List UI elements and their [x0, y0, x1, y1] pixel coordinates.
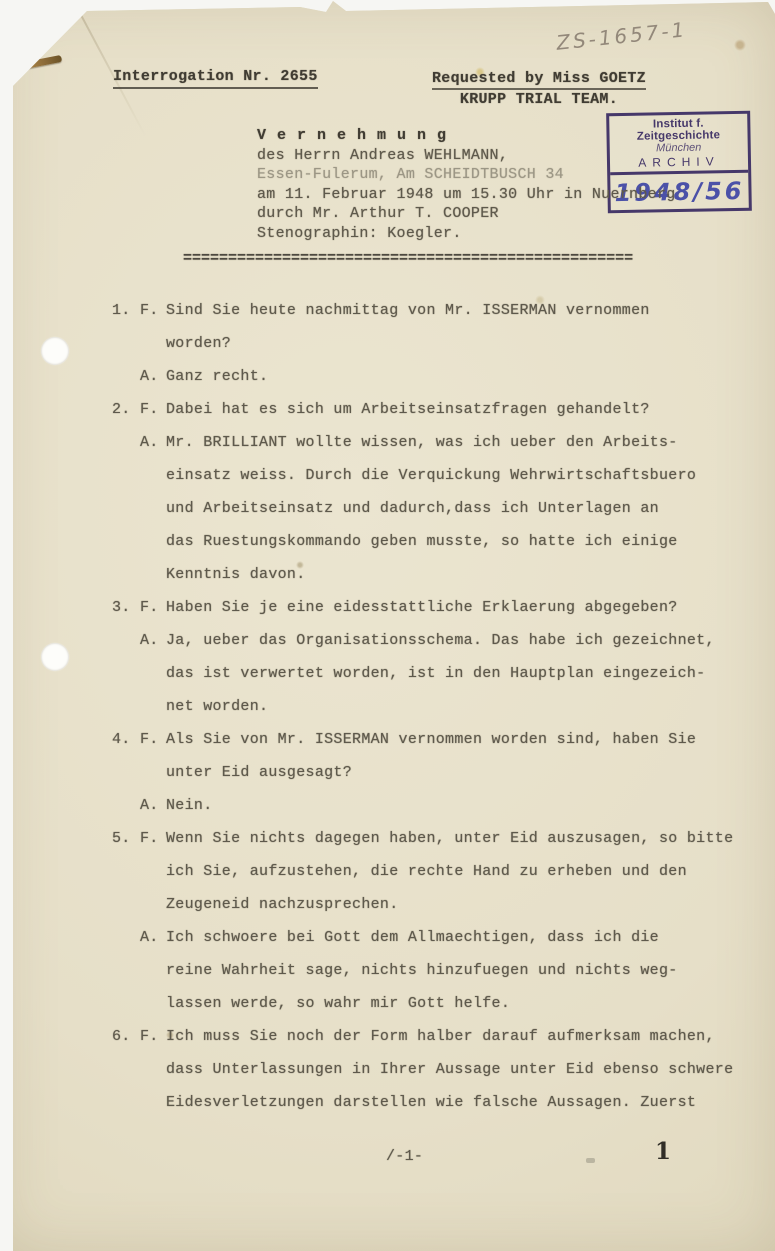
qa-number	[112, 426, 140, 459]
qa-number	[112, 954, 140, 987]
qa-line: Kenntnis davon.	[112, 558, 727, 591]
qa-speaker: A.	[140, 426, 166, 459]
qa-line: lassen werde, so wahr mir Gott helfe.	[112, 987, 727, 1020]
qa-speaker	[140, 888, 166, 921]
qa-speaker	[140, 756, 166, 789]
qa-number	[112, 624, 140, 657]
qa-text: Kenntnis davon.	[166, 558, 727, 591]
qa-text: Zeugeneid nachzusprechen.	[166, 888, 727, 921]
archive-pencil-note: ZS-1657-1	[555, 17, 688, 55]
paper-sheet: ZS-1657-1 Interrogation Nr. 2655 Request…	[0, 0, 775, 1251]
qa-line: net worden.	[112, 690, 727, 723]
qa-text: Ganz recht.	[166, 360, 727, 393]
qa-text: Ja, ueber das Organisationsschema. Das h…	[166, 624, 727, 657]
qa-speaker: A.	[140, 360, 166, 393]
qa-line: einsatz weiss. Durch die Verquickung Weh…	[112, 459, 727, 492]
qa-number	[112, 525, 140, 558]
qa-text: worden?	[166, 327, 727, 360]
qa-line: 6.F.Ich muss Sie noch der Form halber da…	[112, 1020, 727, 1053]
qa-number: 4.	[112, 723, 140, 756]
qa-text: das Ruestungskommando geben musste, so h…	[166, 525, 727, 558]
qa-number: 1.	[112, 294, 140, 327]
qa-speaker: F.	[140, 294, 166, 327]
scanned-page: ZS-1657-1 Interrogation Nr. 2655 Request…	[0, 0, 775, 1251]
qa-speaker	[140, 327, 166, 360]
qa-number	[112, 1086, 140, 1119]
qa-text: ich Sie, aufzustehen, die rechte Hand zu…	[166, 855, 727, 888]
qa-number	[112, 1053, 140, 1086]
deposition-date-line: am 11. Februar 1948 um 15.30 Uhr in Nuer…	[257, 185, 676, 205]
qa-line: ich Sie, aufzustehen, die rechte Hand zu…	[112, 855, 727, 888]
qa-speaker	[140, 525, 166, 558]
header-right-block: Requested by Miss GOETZ KRUPP TRIAL TEAM…	[432, 70, 646, 108]
qa-number	[112, 987, 140, 1020]
page-number: 1	[655, 1138, 671, 1165]
qa-line: A.Ich schwoere bei Gott dem Allmaechtige…	[112, 921, 727, 954]
qa-text: Nein.	[166, 789, 727, 822]
qa-line: das Ruestungskommando geben musste, so h…	[112, 525, 727, 558]
qa-number	[112, 855, 140, 888]
qa-speaker	[140, 657, 166, 690]
interrogation-number-title: Interrogation Nr. 2655	[113, 68, 318, 89]
qa-speaker	[140, 987, 166, 1020]
deposition-interrogator-line: durch Mr. Arthur T. COOPER	[257, 204, 676, 224]
qa-line: unter Eid ausgesagt?	[112, 756, 727, 789]
qa-number	[112, 888, 140, 921]
qa-line: Zeugeneid nachzusprechen.	[112, 888, 727, 921]
qa-number	[112, 657, 140, 690]
requested-by-line: Requested by Miss GOETZ	[432, 70, 646, 90]
qa-line: 3.F.Haben Sie je eine eidesstattliche Er…	[112, 591, 727, 624]
qa-speaker: F.	[140, 393, 166, 426]
typed-divider-line: ========================================…	[183, 250, 633, 267]
qa-speaker: F.	[140, 591, 166, 624]
punch-hole	[41, 643, 69, 671]
qa-number: 6.	[112, 1020, 140, 1053]
qa-speaker	[140, 492, 166, 525]
deposition-title: V e r n e h m u n g	[257, 126, 676, 146]
qa-text: Sind Sie heute nachmittag von Mr. ISSERM…	[166, 294, 727, 327]
qa-line: A.Ganz recht.	[112, 360, 727, 393]
qa-line: dass Unterlassungen in Ihrer Aussage unt…	[112, 1053, 727, 1086]
qa-line: A.Nein.	[112, 789, 727, 822]
ink-smudge	[586, 1158, 595, 1163]
qa-number: 3.	[112, 591, 140, 624]
qa-text: und Arbeitseinsatz und dadurch,dass ich …	[166, 492, 727, 525]
qa-number	[112, 492, 140, 525]
staple-mark	[8, 55, 62, 72]
qa-line: worden?	[112, 327, 727, 360]
qa-text: unter Eid ausgesagt?	[166, 756, 727, 789]
qa-text: Wenn Sie nichts dagegen haben, unter Eid…	[166, 822, 733, 855]
qa-speaker	[140, 1053, 166, 1086]
qa-speaker	[140, 558, 166, 591]
qa-speaker: A.	[140, 921, 166, 954]
qa-speaker: F.	[140, 1020, 166, 1053]
qa-text: einsatz weiss. Durch die Verquickung Weh…	[166, 459, 727, 492]
deposition-person-line: des Herrn Andreas WEHLMANN,	[257, 146, 676, 166]
qa-line: 2.F.Dabei hat es sich um Arbeitseinsatzf…	[112, 393, 727, 426]
qa-line: 5.F.Wenn Sie nichts dagegen haben, unter…	[112, 822, 727, 855]
deposition-header-block: V e r n e h m u n g des Herrn Andreas WE…	[257, 126, 676, 243]
qa-speaker	[140, 690, 166, 723]
trial-team-line: KRUPP TRIAL TEAM.	[432, 91, 646, 108]
qa-text: Mr. BRILLIANT wollte wissen, was ich ueb…	[166, 426, 727, 459]
qa-text: lassen werde, so wahr mir Gott helfe.	[166, 987, 727, 1020]
qa-speaker: A.	[140, 624, 166, 657]
qa-line: A.Ja, ueber das Organisationsschema. Das…	[112, 624, 727, 657]
qa-text: net worden.	[166, 690, 727, 723]
qa-number	[112, 756, 140, 789]
qa-text: Als Sie von Mr. ISSERMAN vernommen worde…	[166, 723, 727, 756]
qa-speaker: F.	[140, 723, 166, 756]
qa-line: A.Mr. BRILLIANT wollte wissen, was ich u…	[112, 426, 727, 459]
qa-line: 4.F.Als Sie von Mr. ISSERMAN vernommen w…	[112, 723, 727, 756]
qa-line: und Arbeitseinsatz und dadurch,dass ich …	[112, 492, 727, 525]
qa-number	[112, 789, 140, 822]
typed-page-marker: /-1-	[386, 1148, 423, 1165]
qa-line: das ist verwertet worden, ist in den Hau…	[112, 657, 727, 690]
qa-speaker	[140, 459, 166, 492]
qa-speaker	[140, 855, 166, 888]
qa-text: Ich schwoere bei Gott dem Allmaechtigen,…	[166, 921, 727, 954]
qa-speaker	[140, 1086, 166, 1119]
deposition-address-line: Essen-Fulerum, Am SCHEIDTBUSCH 34	[257, 165, 676, 185]
qa-text: Eidesverletzungen darstellen wie falsche…	[166, 1086, 727, 1119]
qa-text: Ich muss Sie noch der Form halber darauf…	[166, 1020, 727, 1053]
punch-hole	[41, 337, 69, 365]
qa-number	[112, 558, 140, 591]
qa-number	[112, 690, 140, 723]
qa-number: 5.	[112, 822, 140, 855]
qa-text: Dabei hat es sich um Arbeitseinsatzfrage…	[166, 393, 727, 426]
qa-speaker: F.	[140, 822, 166, 855]
qa-line: 1.F.Sind Sie heute nachmittag von Mr. IS…	[112, 294, 727, 327]
qa-number	[112, 921, 140, 954]
qa-speaker	[140, 954, 166, 987]
question-answer-body: 1.F.Sind Sie heute nachmittag von Mr. IS…	[112, 294, 727, 1119]
qa-speaker: A.	[140, 789, 166, 822]
qa-number	[112, 459, 140, 492]
qa-number	[112, 360, 140, 393]
qa-text: das ist verwertet worden, ist in den Hau…	[166, 657, 727, 690]
qa-text: Haben Sie je eine eidesstattliche Erklae…	[166, 591, 727, 624]
deposition-stenographer-line: Stenographin: Koegler.	[257, 224, 676, 244]
qa-number	[112, 327, 140, 360]
qa-line: reine Wahrheit sage, nichts hinzufuegen …	[112, 954, 727, 987]
qa-line: Eidesverletzungen darstellen wie falsche…	[112, 1086, 727, 1119]
qa-text: reine Wahrheit sage, nichts hinzufuegen …	[166, 954, 727, 987]
qa-text: dass Unterlassungen in Ihrer Aussage unt…	[166, 1053, 733, 1086]
qa-number: 2.	[112, 393, 140, 426]
